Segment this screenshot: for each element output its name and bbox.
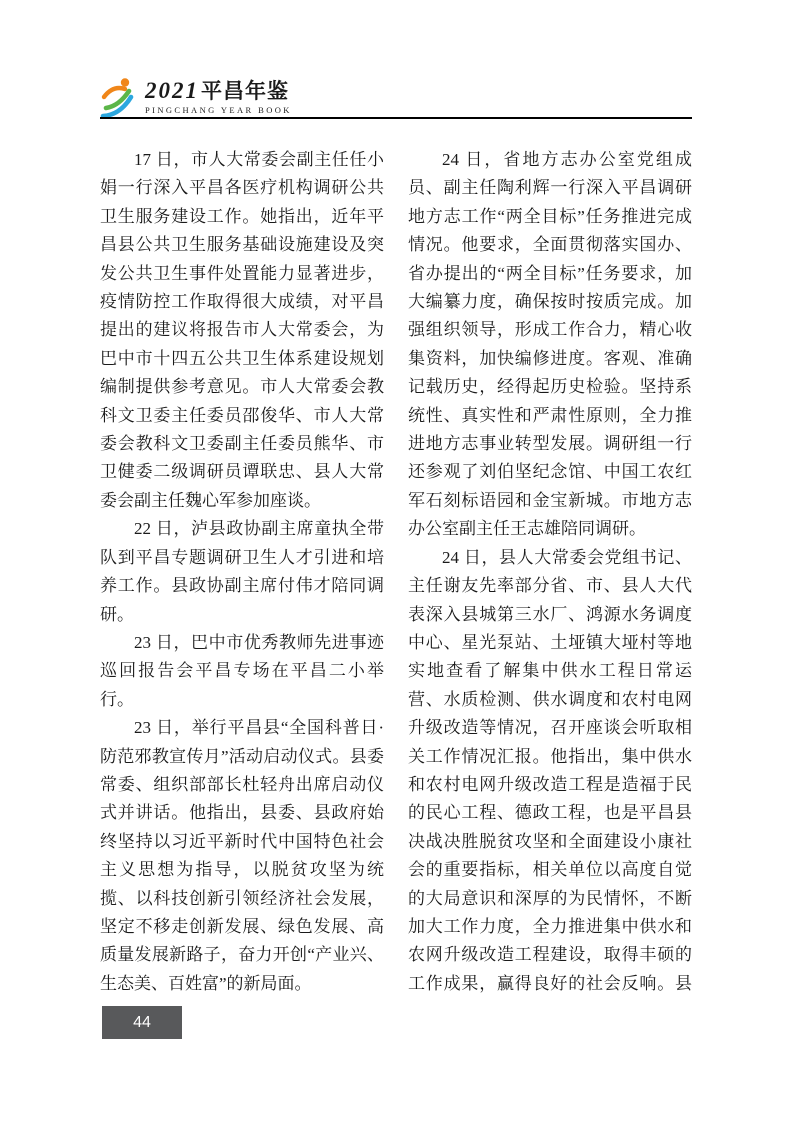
logo-orange-stroke <box>104 88 125 97</box>
chronicle-paragraph: 24 日，省地方志办公室党组成员、副主任陶利辉一行深入平昌调研地方志工作“两全目… <box>408 146 692 544</box>
chronicle-paragraph: 23 日，巴中市优秀教师先进事迹巡回报告会平昌专场在平昌二小举行。 <box>100 629 384 714</box>
chronicle-text-columns: 17 日，市人大常委会副主任任小娟一行深入平昌各医疗机构调研公共卫生服务建设工作… <box>100 146 692 1002</box>
page-number: 44 <box>133 1014 151 1032</box>
yearbook-title-cn: 平昌年鉴 <box>201 79 289 103</box>
chronicle-paragraph: 23 日，举行平昌县“全国科普日·防范邪教宣传月”活动启动仪式。县委常委、组织部… <box>100 714 384 998</box>
logo-head-dot <box>121 78 129 86</box>
yearbook-subtitle-en: PINGCHANG YEAR BOOK <box>145 105 292 115</box>
yearbook-page: 2021平昌年鉴 PINGCHANG YEAR BOOK 17 日，市人大常委会… <box>0 0 793 1122</box>
logo-wordmark: 2021平昌年鉴 PINGCHANG YEAR BOOK <box>145 79 292 115</box>
yearbook-logo-block: 2021平昌年鉴 PINGCHANG YEAR BOOK <box>100 76 692 118</box>
yearbook-title: 2021平昌年鉴 <box>145 79 292 102</box>
running-figure-logo-icon <box>100 76 138 118</box>
page-number-badge: 44 <box>102 1006 182 1039</box>
page-header: 2021平昌年鉴 PINGCHANG YEAR BOOK <box>100 76 692 116</box>
chronicle-paragraph: 17 日，市人大常委会副主任任小娟一行深入平昌各医疗机构调研公共卫生服务建设工作… <box>100 146 384 515</box>
chronicle-paragraph: 22 日，泸县政协副主席童执全带队到平昌专题调研卫生人才引进和培养工作。县政协副… <box>100 515 384 629</box>
yearbook-year: 2021 <box>145 78 199 103</box>
header-rule <box>100 117 692 119</box>
